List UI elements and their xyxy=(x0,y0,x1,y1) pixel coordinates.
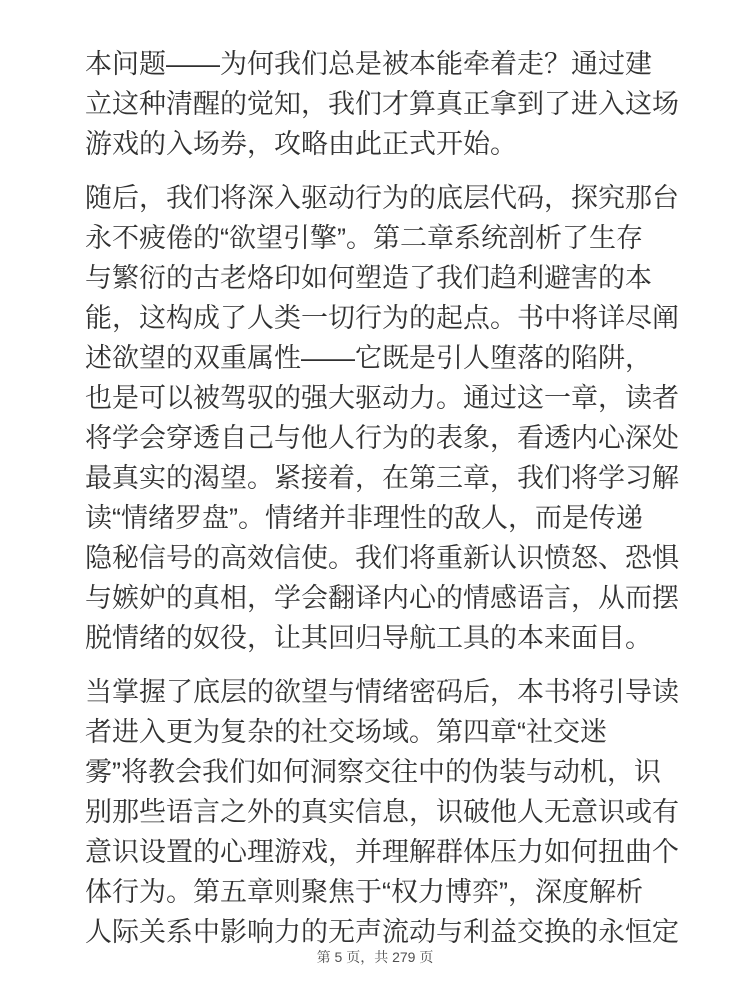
text-line: 能，这构成了人类一切行为的起点。书中将详尽阐 xyxy=(85,298,690,338)
text-line: 游戏的入场券，攻略由此正式开始。 xyxy=(85,124,690,164)
text-line: 隐秘信号的高效信使。我们将重新认识愤怒、恐惧 xyxy=(85,538,690,578)
text-line: 当掌握了底层的欲望与情绪密码后，本书将引导读 xyxy=(85,672,690,712)
text-line: 雾”将教会我们如何洞察交往中的伪装与动机，识 xyxy=(85,752,690,792)
text-line: 立这种清醒的觉知，我们才算真正拿到了进入这场 xyxy=(85,84,690,124)
text-line: 者进入更为复杂的社交场域。第四章“社交迷 xyxy=(85,712,690,752)
text-line: 脱情绪的奴役，让其回归导航工具的本来面目。 xyxy=(85,618,690,658)
text-line: 本问题——为何我们总是被本能牵着走？通过建 xyxy=(85,44,690,84)
text-line: 体行为。第五章则聚焦于“权力博弈”，深度解析 xyxy=(85,872,690,912)
paragraph: 当掌握了底层的欲望与情绪密码后，本书将引导读 者进入更为复杂的社交场域。第四章“… xyxy=(85,672,690,952)
document-page: 本问题——为何我们总是被本能牵着走？通过建 立这种清醒的觉知，我们才算真正拿到了… xyxy=(0,0,750,1000)
paragraph: 本问题——为何我们总是被本能牵着走？通过建 立这种清醒的觉知，我们才算真正拿到了… xyxy=(85,44,690,164)
text-line: 与繁衍的古老烙印如何塑造了我们趋利避害的本 xyxy=(85,258,690,298)
paragraph: 随后，我们将深入驱动行为的底层代码，探究那台 永不疲倦的“欲望引擎”。第二章系统… xyxy=(85,178,690,658)
text-line: 述欲望的双重属性——它既是引人堕落的陷阱， xyxy=(85,338,690,378)
text-line: 也是可以被驾驭的强大驱动力。通过这一章，读者 xyxy=(85,378,690,418)
text-line: 永不疲倦的“欲望引擎”。第二章系统剖析了生存 xyxy=(85,218,690,258)
text-line: 最真实的渴望。紧接着，在第三章，我们将学习解 xyxy=(85,458,690,498)
text-line: 别那些语言之外的真实信息，识破他人无意识或有 xyxy=(85,792,690,832)
text-line: 与嫉妒的真相，学会翻译内心的情感语言，从而摆 xyxy=(85,578,690,618)
text-line: 读“情绪罗盘”。情绪并非理性的敌人，而是传递 xyxy=(85,498,690,538)
page-number: 第 5 页，共 279 页 xyxy=(0,948,750,966)
text-line: 人际关系中影响力的无声流动与利益交换的永恒定 xyxy=(85,912,690,952)
text-line: 随后，我们将深入驱动行为的底层代码，探究那台 xyxy=(85,178,690,218)
text-line: 意识设置的心理游戏，并理解群体压力如何扭曲个 xyxy=(85,832,690,872)
text-line: 将学会穿透自己与他人行为的表象，看透内心深处 xyxy=(85,418,690,458)
